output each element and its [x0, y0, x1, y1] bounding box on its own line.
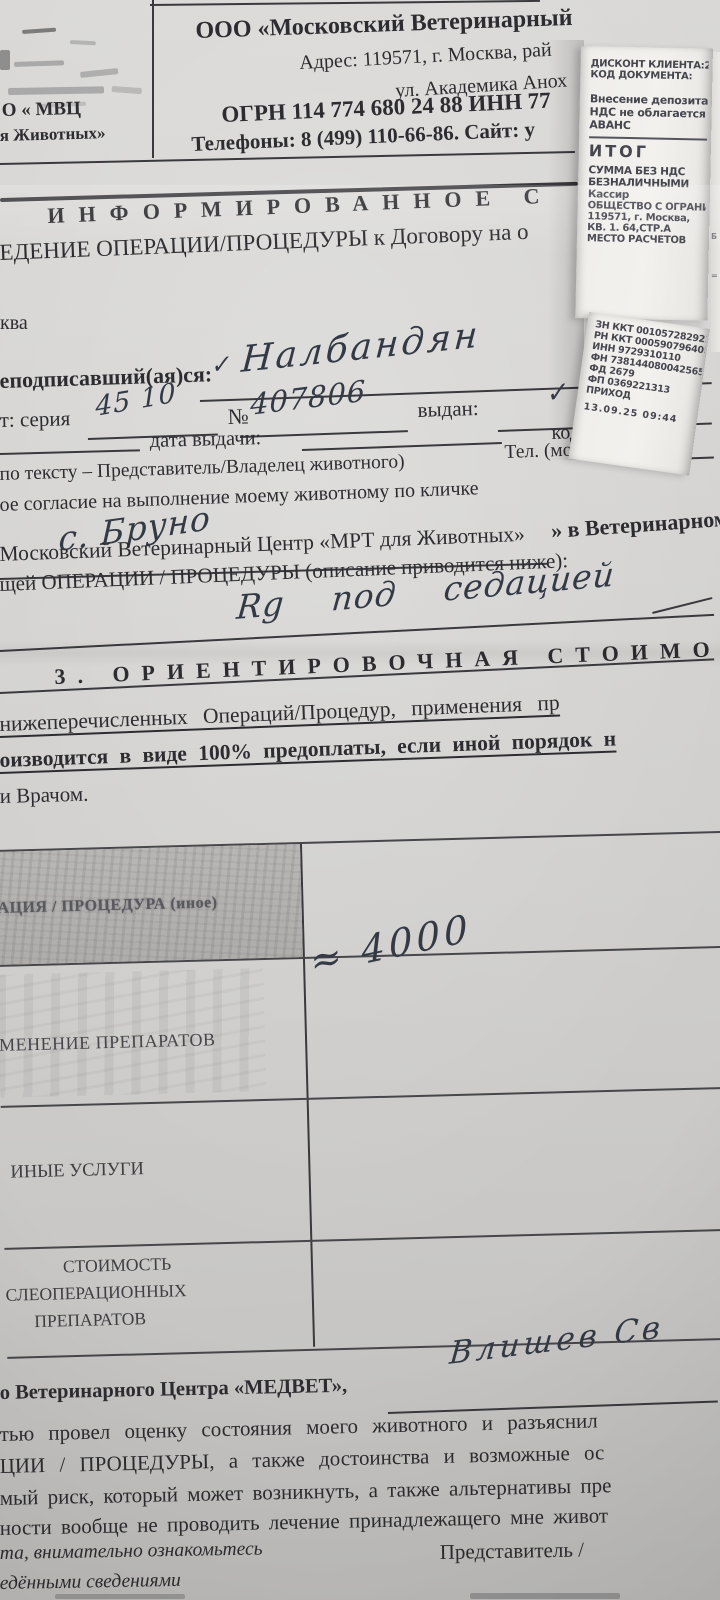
clinic-name: ООО «Московский Ветеринарный [195, 5, 573, 45]
city-fragment: ква [0, 312, 28, 335]
representative-label: Представитель / [440, 1537, 585, 1565]
drugs-label-cell: МЕНЕНИЕ ПРЕПАРАТОВ [0, 959, 307, 1106]
other-services-label-cell: ИНЫЕ УСЛУГИ [1, 1100, 311, 1248]
section3-line1: нижеперечисленных Операций/Процедур, при… [0, 691, 560, 737]
stamp-smudge [80, 68, 118, 78]
cutoff-text-smudge [55, 1594, 185, 1599]
edge-receipt-sliver: Б = [711, 52, 720, 352]
receipt-line: КОД ДОКУМЕНТА: [590, 69, 708, 82]
postop-label-3: ПРЕПАРАТОВ [34, 1308, 146, 1332]
table-header-label: АЦИЯ / ПРОЦЕДУРА (иное) [0, 894, 218, 918]
signer-name-handwriting: Налбандян [240, 314, 482, 381]
postop-label-1: СТОИМОСТЬ [63, 1254, 172, 1278]
pen-stroke [652, 597, 713, 614]
blank-underline-left [0, 449, 140, 455]
footer-par1: тью провел оценку состояния моего животн… [0, 1408, 598, 1447]
header-bottom-border [0, 151, 575, 165]
stamp-smudge [14, 60, 64, 67]
postop-label-2: СЛЕОПЕРАЦИОННЫХ [5, 1280, 186, 1306]
cash-receipt-top: ДИСКОНТ КЛИЕНТА:22-0 КОД ДОКУМЕНТА: Внес… [575, 46, 713, 321]
passport-prefix: т: серия [0, 406, 71, 433]
header-left-divider [152, 0, 154, 158]
section3-line3: и Врачом. [0, 782, 89, 809]
stamp-smudge [70, 40, 96, 45]
passport-number-underline [240, 430, 408, 438]
footer-note1: та, внимательно ознакомьтесь [0, 1538, 263, 1565]
clinic-left-abbrev: О « МВЦ [1, 98, 81, 122]
stamp-smudge [8, 86, 104, 95]
table-header-cell: АЦИЯ / ПРОЦЕДУРА (иное) [0, 844, 303, 965]
cost-table: АЦИЯ / ПРОЦЕДУРА (иное) МЕНЕНИЕ ПРЕПАРАТ… [0, 831, 720, 1355]
stamp-smudge [112, 86, 142, 94]
postop-label-cell: СТОИМОСТЬ СЛЕОПЕРАЦИОННЫХ ПРЕПАРАТОВ [4, 1242, 313, 1357]
issue-date-label: дата выдачи: [149, 427, 261, 453]
receipt-total-label: ИТОГ [589, 136, 707, 162]
passport-number-handwriting: 407806 [250, 373, 366, 422]
representative-line: по тексту – Представитель/Владелец живот… [0, 451, 405, 486]
clinic-left-name: я Животных» [0, 123, 106, 146]
edge-fragment: Б [711, 232, 720, 241]
stamp-smudge [0, 50, 10, 70]
in-vet-center-fragment: » в Ветеринарном [550, 506, 720, 544]
header-top-border [150, 0, 540, 6]
signer-tick-handwriting: ✓ [208, 349, 233, 380]
footer-par2: ЦИИ / ПРОЦЕДУРЫ, а также достоинства и в… [0, 1440, 605, 1479]
receipt-line: АВАНС [589, 118, 707, 133]
cash-receipt-tail: ЗН ККТ 00105728292112 РН ККТ 00059079640… [568, 312, 709, 476]
clinic-address-line1: Адрес: 119571, г. Москва, рай [299, 39, 553, 75]
stamp-smudge [22, 28, 56, 34]
receipt-line: МЕСТО РАСЧЕТОВ [587, 233, 705, 246]
section3-line2: оизводится в виде 100% предоплаты, если … [0, 726, 616, 773]
cutoff-text-smudge [470, 1593, 620, 1599]
table-row-other-services: ИНЫЕ УСЛУГИ [1, 1089, 720, 1250]
footer-note2: едёнными сведениями [0, 1570, 181, 1595]
number-sign: № [227, 403, 249, 430]
other-services-label: ИНЫЕ УСЛУГИ [10, 1159, 144, 1183]
issue-date-underline [302, 442, 502, 451]
issued-label: выдан: [417, 396, 479, 423]
medvet-line: о Ветеринарного Центра «МЕДВЕТ», [0, 1375, 347, 1405]
edge-fragment: = [711, 271, 720, 280]
issued-tick-handwriting: ✓ [543, 376, 571, 410]
